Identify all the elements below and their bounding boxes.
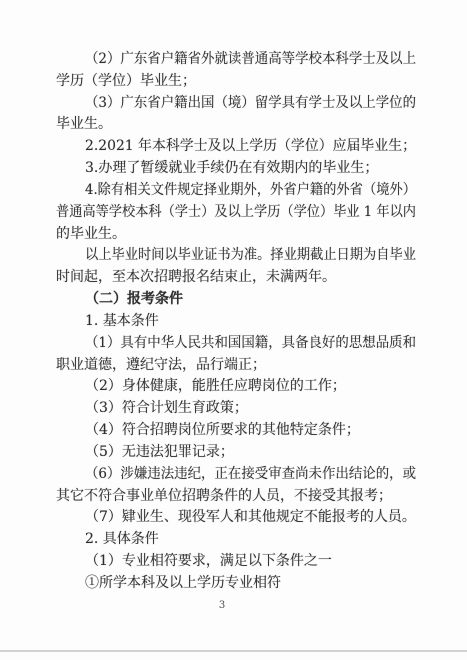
text-line-content: （2）广东省户籍省外就读普通高等学校本科学士及以上 — [85, 49, 416, 71]
text-line: 其它不符合事业单位招聘条件的人员，不接受其报考； — [56, 486, 416, 508]
text-line: （5）无违法犯罪记录； — [56, 442, 416, 464]
text-line: （2）身体健康，能胜任应聘岗位的工作； — [56, 376, 416, 398]
scan-edge-artifact — [0, 650, 467, 652]
text-line-content: 毕业生。 — [56, 114, 112, 136]
text-line: 时间起，至本次招聘报名结束止，未满两年。 — [56, 267, 416, 289]
subsection-heading-text: 1. 基本条件 — [85, 311, 159, 333]
text-line-content: （7）肄业生、现役军人和其他规定不能报考的人员。 — [85, 507, 416, 529]
section-heading-text: （二）报考条件 — [85, 289, 183, 311]
text-line-content: ①所学本科及以上学历专业相符 — [85, 573, 281, 595]
text-line-content: 普通高等学校本科（学士）及以上学历（学位）毕业 1 年以内 — [56, 202, 416, 224]
text-line: 毕业生。 — [56, 114, 416, 136]
text-line-content: 职业道德，遵纪守法，品行端正； — [56, 355, 266, 377]
text-line: 普通高等学校本科（学士）及以上学历（学位）毕业 1 年以内 — [56, 202, 416, 224]
text-line-content: （3）符合计划生育政策； — [85, 398, 248, 420]
text-line: 以上毕业时间以毕业证书为准。择业期截止日期为自毕业 — [56, 245, 416, 267]
text-line-content: 2.2021 年本科学士及以上学历（学位）应届毕业生； — [85, 136, 416, 158]
text-line-content: （1）专业相符要求，满足以下条件之一 — [85, 551, 332, 573]
section-heading: （二）报考条件 — [56, 289, 416, 311]
text-line-content: 的毕业生。 — [56, 224, 126, 246]
text-line-content: 学历（学位）毕业生； — [56, 71, 196, 93]
text-line: （7）肄业生、现役军人和其他规定不能报考的人员。 — [56, 507, 416, 529]
text-line: 学历（学位）毕业生； — [56, 71, 416, 93]
subsection-heading: 1. 基本条件 — [56, 311, 416, 333]
text-line: （4）符合招聘岗位所要求的其他特定条件； — [56, 420, 416, 442]
text-line: （3）广东省户籍出国（境）留学具有学士及以上学位的 — [56, 93, 416, 115]
text-line-content: （5）无违法犯罪记录； — [85, 442, 234, 464]
text-line-content: 其它不符合事业单位招聘条件的人员，不接受其报考； — [56, 486, 392, 508]
text-line: （1）具有中华人民共和国国籍，具备良好的思想品质和 — [56, 333, 416, 355]
text-line-content: 4.除有相关文件规定择业期外，外省户籍的外省（境外） — [85, 180, 416, 202]
text-line: 4.除有相关文件规定择业期外，外省户籍的外省（境外） — [56, 180, 416, 202]
scanned-document-page: （2）广东省户籍省外就读普通高等学校本科学士及以上 学历（学位）毕业生； （3）… — [0, 0, 467, 660]
text-line-content: （3）广东省户籍出国（境）留学具有学士及以上学位的 — [85, 93, 416, 115]
text-line: （3）符合计划生育政策； — [56, 398, 416, 420]
text-line-content: （2）身体健康，能胜任应聘岗位的工作； — [85, 376, 346, 398]
text-line-content: 以上毕业时间以毕业证书为准。择业期截止日期为自毕业 — [85, 245, 416, 267]
text-line: （2）广东省户籍省外就读普通高等学校本科学士及以上 — [56, 49, 416, 71]
document-body: （2）广东省户籍省外就读普通高等学校本科学士及以上 学历（学位）毕业生； （3）… — [56, 49, 416, 595]
text-line-content: 3.办理了暂缓就业手续仍在有效期内的毕业生； — [85, 158, 378, 180]
text-line-content: 时间起，至本次招聘报名结束止，未满两年。 — [56, 267, 336, 289]
text-line: 职业道德，遵纪守法，品行端正； — [56, 355, 416, 377]
page-number: 3 — [0, 599, 444, 613]
text-line-content: （6）涉嫌违法违纪，正在接受审查尚未作出结论的，或 — [85, 464, 416, 486]
text-line: 2.2021 年本科学士及以上学历（学位）应届毕业生； — [56, 136, 416, 158]
text-line-content: （4）符合招聘岗位所要求的其他特定条件； — [85, 420, 360, 442]
text-line-content: （1）具有中华人民共和国国籍，具备良好的思想品质和 — [85, 333, 416, 355]
text-line: 的毕业生。 — [56, 224, 416, 246]
text-line: （6）涉嫌违法违纪，正在接受审查尚未作出结论的，或 — [56, 464, 416, 486]
text-line: 3.办理了暂缓就业手续仍在有效期内的毕业生； — [56, 158, 416, 180]
text-line: （1）专业相符要求，满足以下条件之一 — [56, 551, 416, 573]
text-line: ①所学本科及以上学历专业相符 — [56, 573, 416, 595]
subsection-heading-text: 2. 具体条件 — [85, 529, 159, 551]
subsection-heading: 2. 具体条件 — [56, 529, 416, 551]
